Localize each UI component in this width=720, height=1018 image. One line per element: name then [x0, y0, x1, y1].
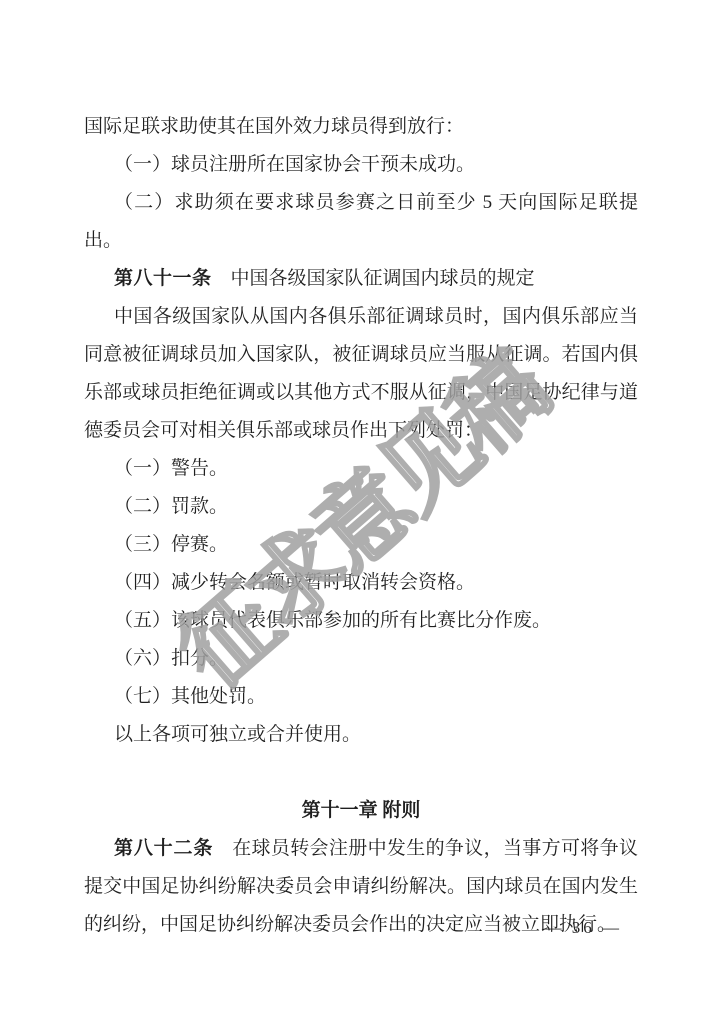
article-number-label: 第八十一条: [114, 268, 212, 289]
document-page: 国际足联求助使其在国外效力球员得到放行：（一）球员注册所在国家协会干预未成功。（…: [0, 0, 720, 1018]
penalty-item-7: （七）其他处罚。: [84, 678, 638, 716]
chapter-11-heading: 第十一章 附则: [84, 792, 638, 830]
penalty-item-3: （三）停赛。: [84, 526, 638, 564]
article-81-heading: 第八十一条中国各级国家队征调国内球员的规定: [84, 260, 638, 298]
penalty-combination-note: 以上各项可独立或合并使用。: [84, 716, 638, 754]
continuation-paragraph: 国际足联求助使其在国外效力球员得到放行：: [84, 108, 638, 146]
penalty-item-5: （五）该球员代表俱乐部参加的所有比赛比分作废。: [84, 602, 638, 640]
article-81-paragraph: 中国各级国家队从国内各俱乐部征调球员时，国内俱乐部应当同意被征调球员加入国家队，…: [84, 298, 638, 450]
penalty-item-1: （一）警告。: [84, 450, 638, 488]
page-number: — 36 —: [545, 918, 623, 938]
penalty-item-2: （二）罚款。: [84, 488, 638, 526]
fifa-item-2: （二）求助须在要求球员参赛之日前至少 5 天向国际足联提出。: [84, 184, 638, 260]
fifa-item-1: （一）球员注册所在国家协会干预未成功。: [84, 146, 638, 184]
article-number-label: 第八十二条: [114, 838, 213, 859]
article-text: 中国各级国家队征调国内球员的规定: [231, 268, 535, 289]
document-body: 国际足联求助使其在国外效力球员得到放行：（一）球员注册所在国家协会干预未成功。（…: [84, 108, 638, 944]
penalty-item-6: （六）扣分。: [84, 640, 638, 678]
penalty-item-4: （四）减少转会名额或暂时取消转会资格。: [84, 564, 638, 602]
